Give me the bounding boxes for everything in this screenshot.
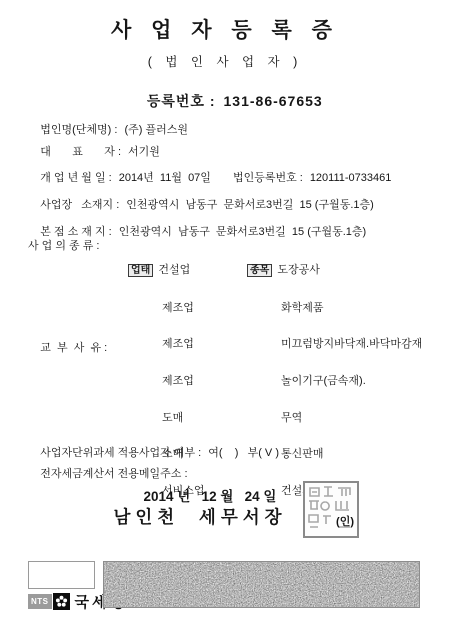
jongmok-item: 통신판매 xyxy=(281,448,422,460)
issue-reason-label: 교 부 사 유 : xyxy=(40,342,107,354)
jongmok-header-badge: 종목 xyxy=(247,264,272,277)
uptae-item: 제조업 xyxy=(162,375,205,387)
business-address-value: 인천광역시 남동구 문화서로3번길 15 (구월동.1층) xyxy=(126,199,374,211)
nts-abbr-badge: NTS xyxy=(28,594,52,609)
certificate-title: 사 업 자 등 록 증 xyxy=(0,14,450,44)
jongmok-column: 종목 도장공사 화학제품 미끄럼방지바닥재.바닥마감재 놀이기구(금속재). 무… xyxy=(247,240,422,521)
nts-flower-icon xyxy=(53,593,70,610)
jongmok-item: 도장공사 xyxy=(277,264,320,276)
registration-number-label: 등록번호 : xyxy=(147,93,216,109)
jongmok-item: 미끄럼방지바닥재.바닥마감재 xyxy=(281,338,422,350)
jongmok-item: 화학제품 xyxy=(281,302,422,314)
headquarters-address-value: 인천광역시 남동구 문화서로3번길 15 (구월동.1층) xyxy=(119,226,367,238)
corp-reg-number-value: 120111-0733461 xyxy=(310,172,392,184)
business-types-label: 사 업 의 종 류 : xyxy=(28,240,99,252)
uptae-item: 도매 xyxy=(162,412,205,424)
headquarters-address-label: 본 점 소 재 지 : xyxy=(40,226,111,238)
registration-number-value: 131-86-67653 xyxy=(224,93,323,109)
uptae-header-badge: 업태 xyxy=(128,264,153,277)
official-seal-stamp: (인) xyxy=(303,481,359,538)
blank-box xyxy=(28,561,95,589)
uptae-item: 제조업 xyxy=(162,302,205,314)
business-address-label: 사업장 소재지 : xyxy=(40,199,119,211)
representative-value: 서기원 xyxy=(128,146,160,158)
representative-label: 대 표 자 : xyxy=(40,146,121,158)
open-date-value: 2014년 11월 07일 xyxy=(119,172,211,184)
security-barcode-pattern xyxy=(103,561,420,608)
certificate-subtitle: ( 법 인 사 업 자 ) xyxy=(0,52,450,70)
etax-email-label: 전자세금계산서 전용메일주소 : xyxy=(40,468,187,480)
jongmok-item: 무역 xyxy=(281,412,422,424)
uptae-item: 건설업 xyxy=(158,264,190,276)
open-date-label: 개 업 년 월 일 : xyxy=(40,172,111,184)
unit-taxation-value: 여( ) 부( V ) xyxy=(208,447,279,459)
uptae-item: 제조업 xyxy=(162,338,205,350)
jongmok-item: 놀이기구(금속재). xyxy=(281,375,422,387)
seal-in-text: (인) xyxy=(336,513,354,529)
field-issue-reason: 교 부 사 유 : xyxy=(28,329,114,368)
corp-reg-number-label: 법인등록번호 : xyxy=(233,172,303,184)
certificate-page: 사 업 자 등 록 증 ( 법 인 사 업 자 ) 등록번호 :131-86-6… xyxy=(0,0,450,620)
